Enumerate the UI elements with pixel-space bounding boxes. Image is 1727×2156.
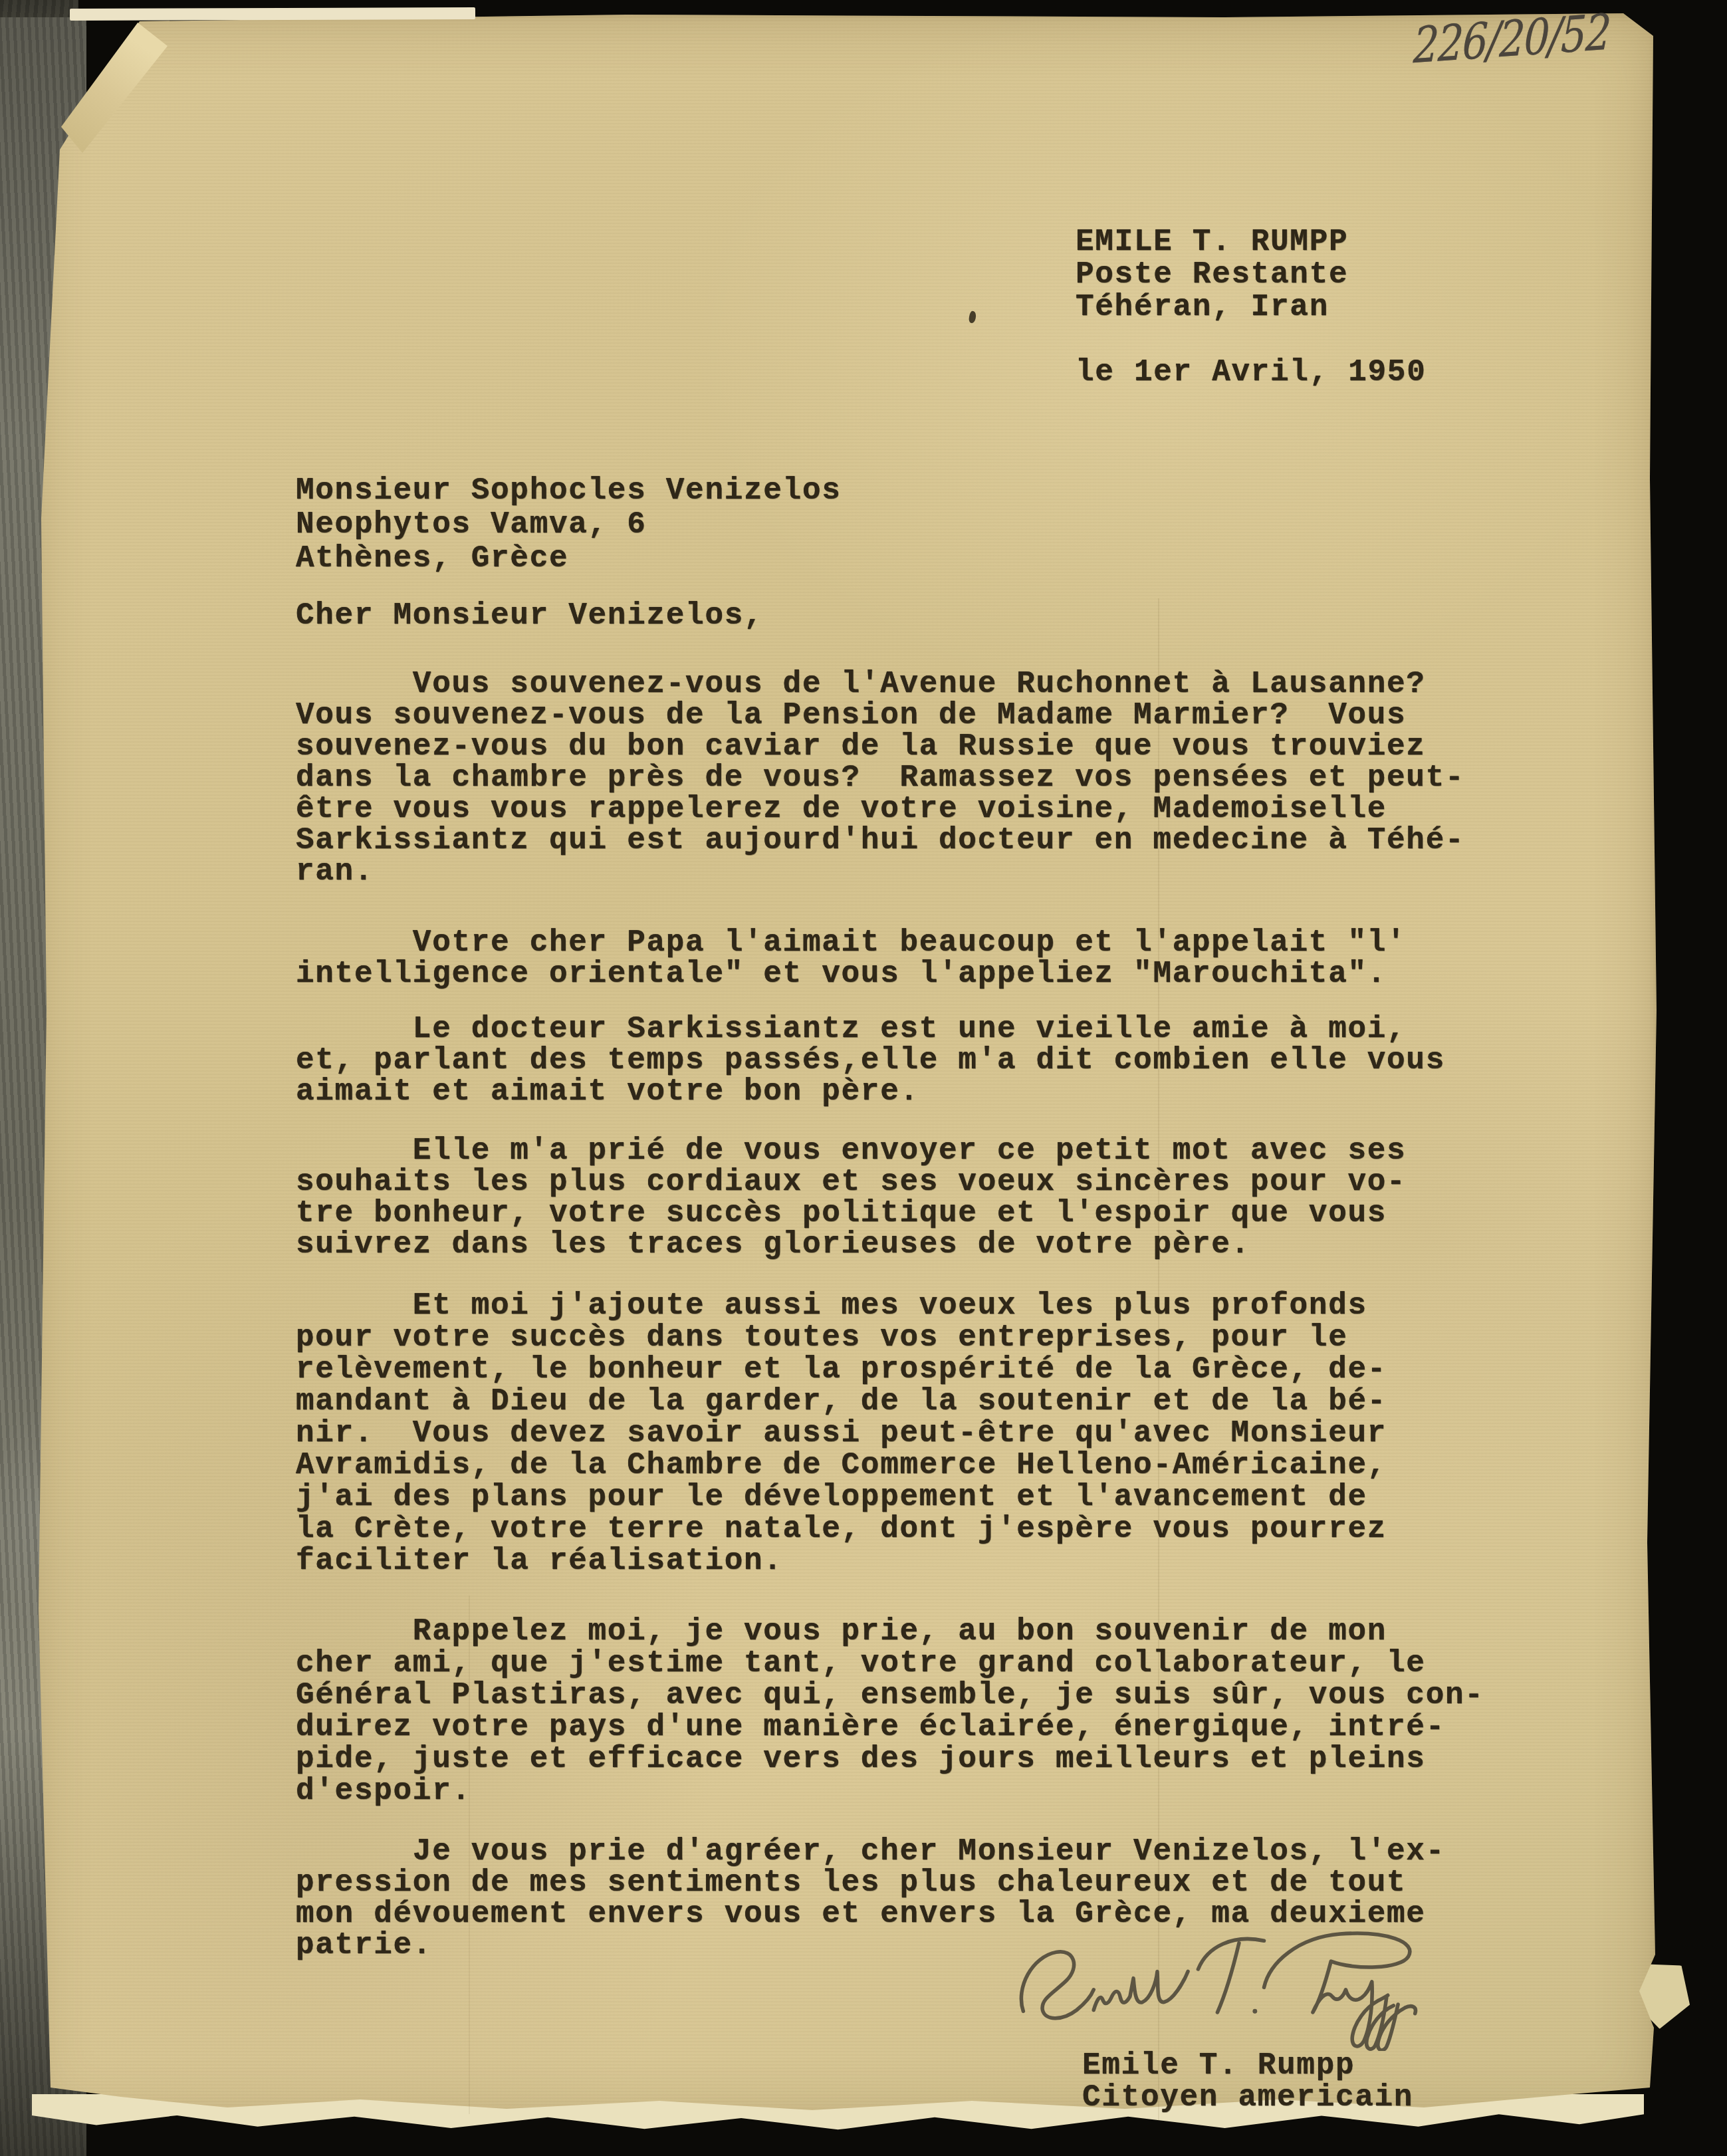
salutation: Cher Monsieur Venizelos, bbox=[296, 600, 763, 632]
recipient-address-block: Monsieur Sophocles Venizelos Neophytos V… bbox=[296, 474, 842, 576]
signoff-block: Emile T. Rumpp Citoyen americain bbox=[1082, 2050, 1413, 2113]
paragraph-2: Votre cher Papa l'aimait beaucoup et l'a… bbox=[296, 927, 1406, 990]
paragraph-4: Elle m'a prié de vous envoyer ce petit m… bbox=[296, 1136, 1406, 1260]
scanned-letter-page: 226/20/52 EMILE T. RUMPP Poste Restante … bbox=[0, 0, 1727, 2156]
sender-address-block: EMILE T. RUMPP Poste Restante Téhéran, I… bbox=[1076, 226, 1348, 324]
paragraph-3: Le docteur Sarkissiantz est une vieille … bbox=[296, 1014, 1445, 1108]
date-line: le 1er Avril, 1950 bbox=[1076, 357, 1426, 388]
signature-handwriting bbox=[997, 1915, 1449, 2051]
top-edge-sliver bbox=[70, 7, 475, 21]
paragraph-1: Vous souvenez-vous de l'Avenue Ruchonnet… bbox=[296, 669, 1464, 888]
paragraph-5: Et moi j'ajoute aussi mes voeux les plus… bbox=[296, 1290, 1387, 1577]
paragraph-6: Rappelez moi, je vous prie, au bon souve… bbox=[296, 1616, 1484, 1807]
